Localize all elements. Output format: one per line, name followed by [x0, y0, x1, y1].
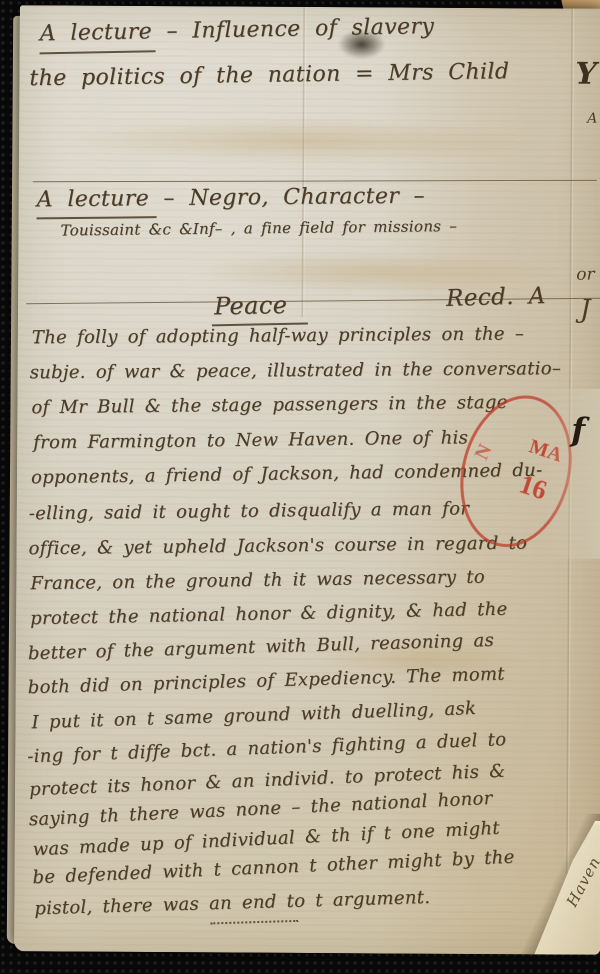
peace-body-line: France, on the ground th it was necessar… [30, 567, 485, 595]
peace-body-line: office, & yet upheld Jackson's course in… [28, 533, 527, 560]
peace-body-line: -elling, said it ought to disqualify a m… [29, 498, 470, 524]
postmark-arc-letter: N [470, 441, 497, 464]
manuscript-scan: { "colors": { "background": "#0a0a0b", "… [0, 0, 600, 974]
manuscript-page: A lecture – Influence of slavery the pol… [14, 5, 600, 955]
lecture-negro-line1: A lecture – Negro, Character – [37, 184, 426, 213]
underline-an-end [210, 920, 298, 925]
edge-fragment: f [571, 411, 585, 449]
peace-body-line: pistol, there was an end to t argument. [34, 887, 430, 919]
edge-fragment: or [576, 265, 594, 285]
peace-body-line: both did on principles of Expediency. Th… [27, 664, 505, 699]
ink-smudge [338, 29, 386, 59]
section-divider-line [33, 180, 597, 182]
lecture-slavery-line2: the politics of the nation = Mrs Child [29, 59, 509, 91]
edge-fragment: A [587, 111, 597, 127]
peace-body-line: The folly of adopting half-way principle… [32, 323, 524, 348]
peace-body-line: from Farmington to New Haven. One of his [33, 427, 468, 453]
peace-body-line: protect the national honor & dignity, & … [30, 599, 508, 630]
peace-body-line: of Mr Bull & the stage passengers in the… [31, 392, 507, 418]
edge-fragment: Y [575, 57, 597, 92]
received-annotation: Recd. A [446, 283, 546, 312]
peace-body-line: -ing for t diffe bct. a nation's fightin… [27, 729, 507, 767]
underline-a-lecture-2 [37, 216, 157, 219]
underline-a-lecture-1 [40, 50, 156, 54]
peace-heading: Peace [214, 291, 288, 320]
peace-body-line: I put it on t same ground with duelling,… [31, 698, 476, 733]
peace-body-line: subje. of war & peace, illustrated in th… [30, 358, 562, 383]
ink-bleedthrough [69, 118, 539, 165]
edge-fragment: J [580, 295, 591, 325]
lecture-negro-line2: Touissaint &c &Inf– , a fine field for m… [60, 217, 457, 239]
